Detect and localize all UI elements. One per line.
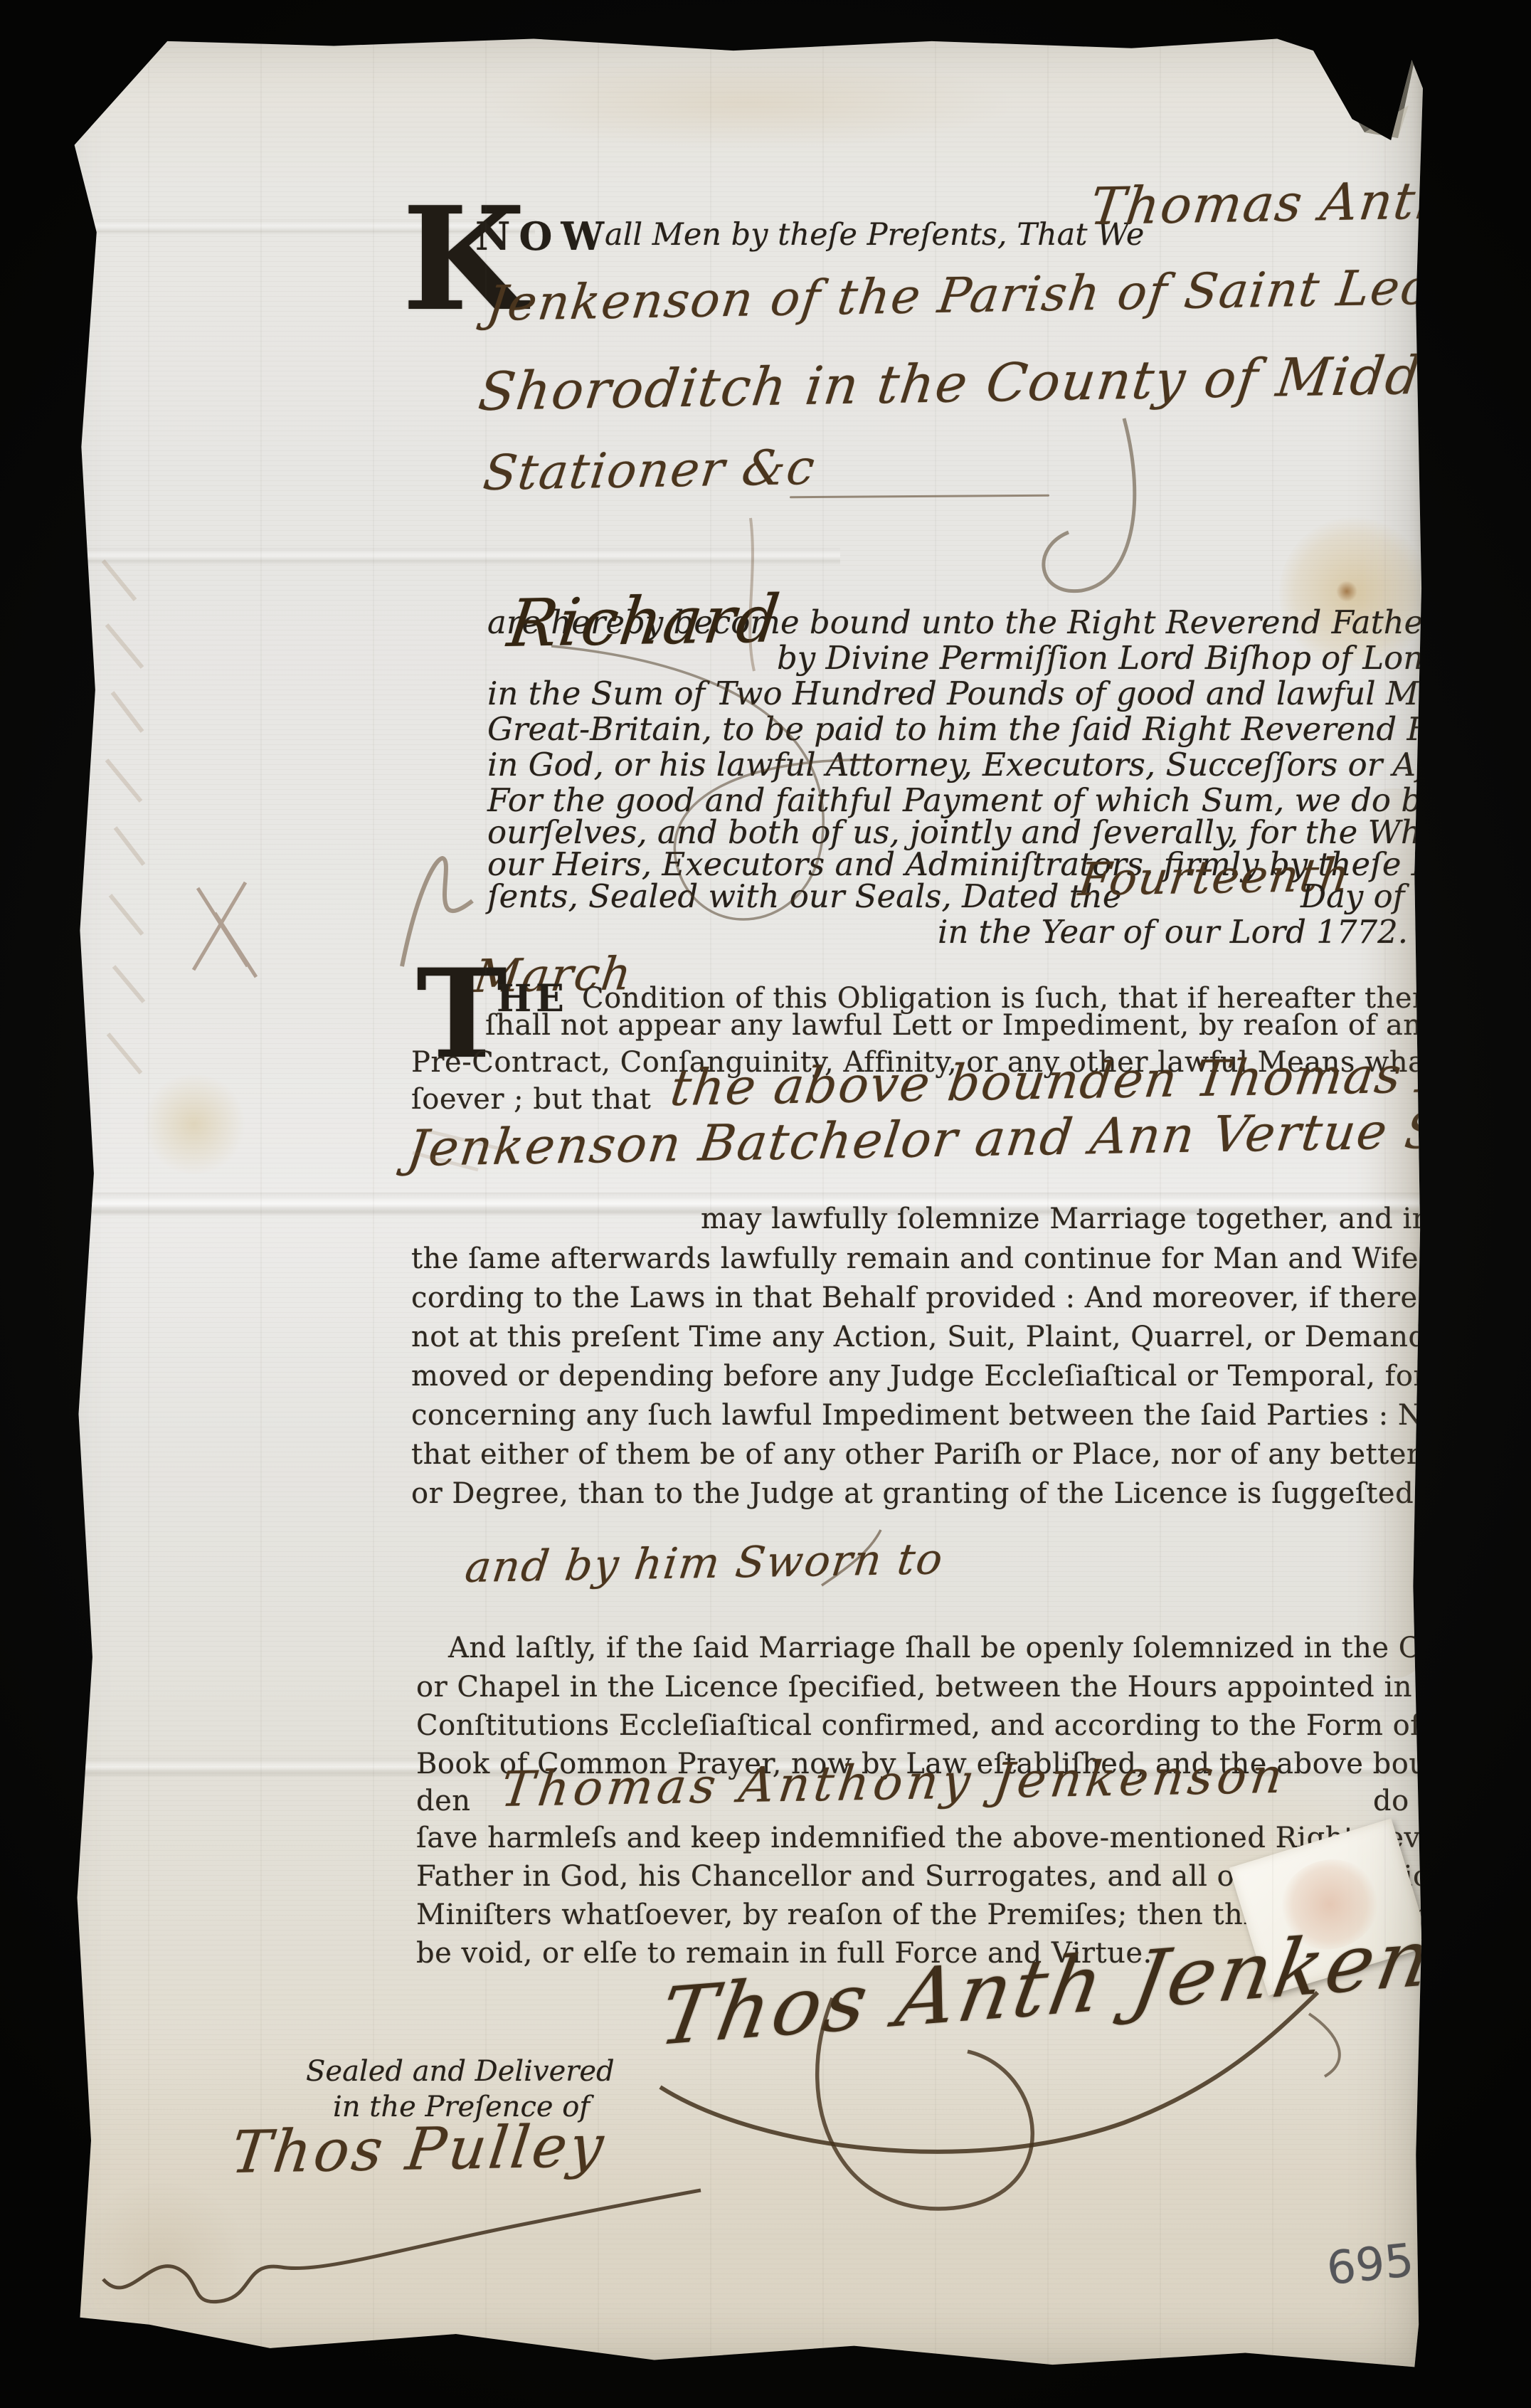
seal-impression <box>1269 1847 1390 1961</box>
handwritten-parish-line: Jenkenson of the Parish of Saint Leonard <box>484 258 1531 332</box>
condition-line-3: Pre-Contract, Conſanguinity, Affinity, o… <box>411 1046 1447 1079</box>
lastly-line-4: Book of Common Prayer, now by Law eſtabl… <box>416 1748 1456 1780</box>
marriage-bond-document: K NOW all Men by theſe Preſents, That We… <box>36 20 1423 2379</box>
bond-line-10-year: in the Year of our Lord 1772. <box>938 913 1408 951</box>
fold-crease-middle <box>36 1193 1423 1217</box>
pen-rule-after-occupation <box>790 495 1049 499</box>
handwritten-parties-2: Jenkenson Batchelor and Ann Vertue Spins… <box>404 1098 1531 1178</box>
fold-crease-top <box>36 219 535 235</box>
condition-line-4: ſoever ; but that <box>411 1083 651 1116</box>
handwritten-parties-1: the above bounden Thomas Anthony <box>667 1042 1531 1117</box>
lastly-line-1: And laſtly, if the ſaid Marriage ſhall b… <box>448 1632 1516 1664</box>
handwritten-bishop-name: Richard <box>504 581 785 662</box>
stain-spot-brown <box>1336 581 1357 602</box>
lastly-line-7: Father in God, his Chancellor and Surrog… <box>416 1860 1531 1893</box>
lastly-line-8: Miniſters whatſoever, by reaſon of the P… <box>416 1899 1470 1931</box>
stain-right-strip <box>1360 788 1424 1678</box>
condition-line-8: not at this preſent Time any Action, Sui… <box>411 1321 1436 1353</box>
paper-edge-shading <box>36 20 1423 2379</box>
lastly-line-3: Conſtitutions Eccleſiaſtical confirmed, … <box>416 1709 1478 1742</box>
bond-line-1: are hereby become bound unto the Right R… <box>487 603 1531 641</box>
witness-signature: Thos Pulley <box>228 2113 610 2187</box>
photo-backdrop: K NOW all Men by theſe Preſents, That We… <box>0 0 1531 2408</box>
seal-wafer <box>1229 1818 1431 1995</box>
ink-flourishes <box>36 20 1423 2379</box>
dropcap-T: T <box>416 958 507 1070</box>
bond-line-7: ourſelves, and both of us, jointly and ſ… <box>487 813 1480 851</box>
sealed-delivered-line-1: Sealed and Delivered <box>306 2055 615 2088</box>
condition-line-1: Condition of this Obligation is ſuch, th… <box>582 982 1443 1015</box>
condition-line-6: the ſame afterwards lawfully remain and … <box>411 1242 1481 1275</box>
opening-smallcaps: NOW <box>475 213 613 259</box>
bond-line-8: our Heirs, Executors and Adminiſtrators,… <box>487 845 1478 883</box>
stain-bottom-left <box>70 2183 255 2340</box>
catalog-number: 695 <box>1324 2234 1416 2296</box>
stain-right-edge <box>1279 517 1429 670</box>
condition-line-12: or Degree, than to the Judge at granting… <box>411 1477 1423 1510</box>
fold-crease-upper <box>36 548 840 565</box>
bond-line-9b: Day of <box>1300 877 1404 915</box>
stain-left-mid <box>141 1074 248 1174</box>
handwritten-month: March <box>471 948 635 1003</box>
opening-printed-text: all Men by theſe Preſents, That We <box>605 217 1144 253</box>
bond-line-6: For the good and faithful Payment of whi… <box>487 781 1473 819</box>
condition-smallcaps: HE <box>497 977 568 1020</box>
handwritten-day: Fourteenth <box>1076 849 1354 907</box>
bond-line-5: in God, or his lawful Attorney, Executor… <box>487 746 1528 783</box>
principal-signature: Thos Anth Jenkenson <box>653 1900 1531 2064</box>
handwritten-groom-full-name: Thomas Anthony Jenkenson <box>498 1748 1290 1818</box>
condition-line-5: may lawfully ſolemnize Marriage together… <box>701 1203 1431 1235</box>
condition-line-10: concerning any ſuch lawful Impediment be… <box>411 1399 1455 1432</box>
bond-line-3: in the Sum of Two Hundred Pounds of good… <box>487 675 1531 712</box>
bond-line-4: Great-Britain, to be paid to him the ſai… <box>487 710 1514 748</box>
sealed-delivered-line-2: in the Preſence of <box>333 2091 590 2123</box>
lastly-line-6: ſave harmleſs and keep indemnified the a… <box>416 1822 1506 1854</box>
handwritten-county-line: Shoroditch in the County of Middlesex <box>475 342 1531 423</box>
fold-crease-lower <box>36 1758 1423 1778</box>
stain-seal-area <box>1131 1756 1416 2055</box>
condition-line-7: cording to the Laws in that Behalf provi… <box>411 1282 1463 1314</box>
lastly-line-5b: do <box>1373 1785 1409 1817</box>
bond-line-9a: ſents, Sealed with our Seals, Dated the <box>487 877 1121 915</box>
lastly-line-2: or Chapel in the Licence ſpecified, betw… <box>416 1671 1412 1704</box>
lastly-line-5a: den <box>416 1785 471 1817</box>
handwritten-groom-first-name: Thomas Anthony <box>1087 169 1531 236</box>
stain-top-band <box>477 57 1017 149</box>
bond-line-2: by Divine Permiſſion Lord Biſhop of Lond… <box>777 639 1494 677</box>
condition-line-9: moved or depending before any Judge Eccl… <box>411 1360 1468 1393</box>
handwritten-sworn-note: and by him Sworn to <box>462 1534 946 1593</box>
stain-bottom-warm-band <box>36 2041 1423 2375</box>
handwritten-occupation: Stationer &c <box>480 440 819 502</box>
lastly-line-9: be void, or elſe to remain in full Force… <box>416 1937 1153 1970</box>
condition-line-2: ſhall not appear any lawful Lett or Impe… <box>485 1009 1439 1042</box>
condition-line-11: that either of them be of any other Pari… <box>411 1438 1520 1471</box>
dropcap-K: K <box>402 194 526 325</box>
